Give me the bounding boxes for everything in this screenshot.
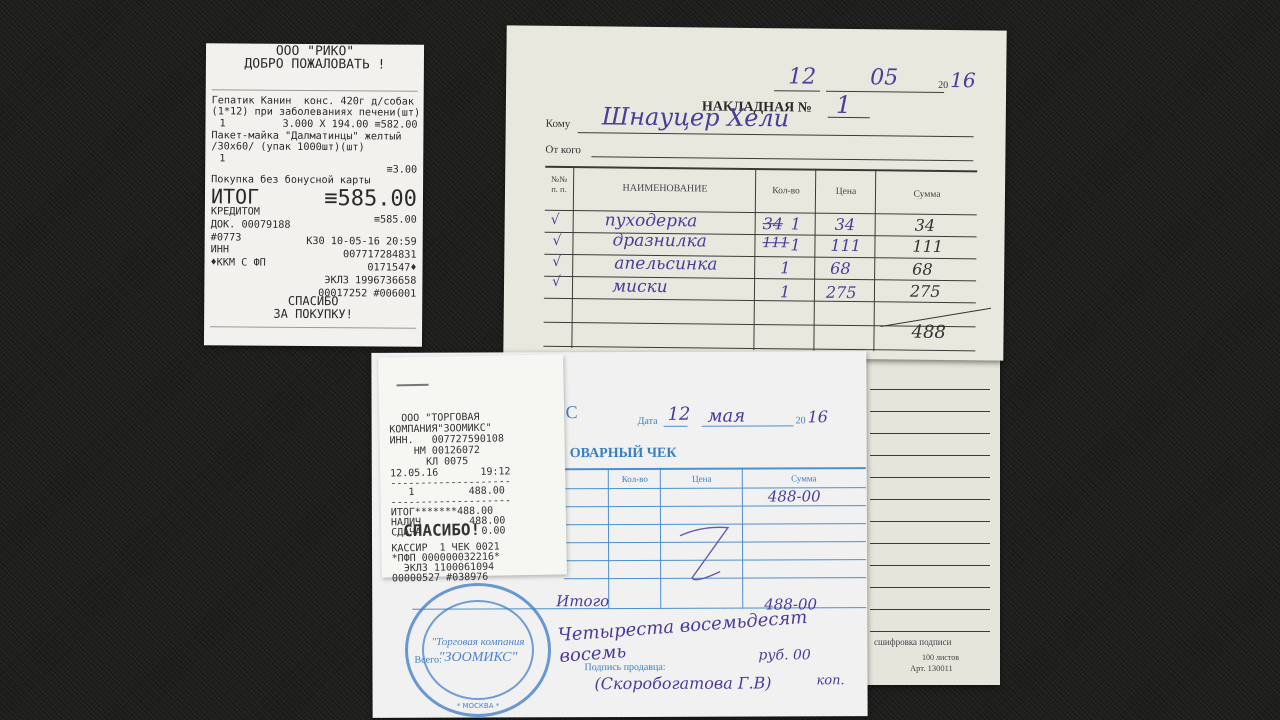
item-name: пуходерка bbox=[605, 210, 698, 231]
col-name: НАИМЕНОВАНИЕ bbox=[575, 182, 755, 195]
eklz: ЭКЛЗ 1996736658 bbox=[210, 274, 416, 287]
item-1-calc: 3.000 X 194.00 ≡582.00 bbox=[211, 118, 417, 131]
amount-words: Четыреста восемьдесят восемь bbox=[557, 602, 868, 667]
thanks-line2: ЗА ПОКУПКУ! bbox=[210, 308, 416, 321]
sum: 34 bbox=[915, 216, 936, 235]
col-price: Цена bbox=[662, 474, 742, 484]
check-mark: √ bbox=[552, 254, 561, 270]
table-row: √ пуходерка 34 1 34 34 bbox=[507, 25, 1007, 30]
total-label-hand: Итого bbox=[556, 592, 609, 610]
z-strike-mark bbox=[672, 522, 732, 592]
from-label: От кого bbox=[545, 144, 581, 156]
date-day: 12 bbox=[788, 64, 816, 89]
date-year-suffix: 16 bbox=[950, 68, 976, 92]
check-mark: √ bbox=[552, 274, 561, 290]
item-name: миски bbox=[612, 277, 668, 298]
date-year-prefix: 20 bbox=[796, 415, 806, 426]
nakladnaya-number: 1 bbox=[836, 91, 852, 119]
date-label: Дата bbox=[638, 416, 658, 427]
qty: 1 bbox=[791, 214, 801, 233]
total: 488 bbox=[911, 322, 946, 343]
price: 275 bbox=[826, 283, 857, 302]
qty-struck: 34 bbox=[763, 214, 784, 233]
stamp-line-2: "ЗООМИКС" bbox=[418, 650, 538, 666]
divider bbox=[210, 326, 416, 328]
check-mark: √ bbox=[551, 212, 560, 228]
row-sum: 488-00 bbox=[768, 487, 821, 505]
kkm-number: 0171547♦ bbox=[210, 261, 416, 274]
col-qty: Кол-во bbox=[757, 186, 815, 197]
table-row: √ апельсинка 1 68 68 bbox=[507, 25, 1007, 30]
stamp-line-1: "Торговая компания bbox=[418, 636, 538, 648]
divider bbox=[212, 89, 418, 91]
table-row: √ дразнилка 111 1 111 111 bbox=[507, 25, 1007, 30]
seller-sign-label: Подпись продавца: bbox=[584, 662, 665, 673]
item-1-name-line2: (1*12) при заболеваниях печени(шт) bbox=[212, 106, 418, 119]
staple bbox=[397, 384, 429, 387]
kop: коп. bbox=[816, 673, 844, 688]
sum: 111 bbox=[912, 237, 943, 256]
qty: 1 bbox=[780, 258, 790, 277]
article-number: Арт. 130011 bbox=[910, 663, 953, 673]
date-day: 12 bbox=[668, 404, 691, 425]
nakladnaya-form: 12 05 20 16 НАКЛАДНАЯ № 1 Кому Шнауцер Х… bbox=[503, 25, 1006, 360]
col-number: №№ п. п. bbox=[547, 174, 571, 194]
col-qty: Кол-во bbox=[610, 474, 660, 484]
sum: 68 bbox=[912, 260, 933, 279]
to-label: Кому bbox=[546, 118, 571, 130]
check-mark: √ bbox=[552, 233, 561, 249]
tovarny-chek-title: ОВАРНЫЙ ЧЕК bbox=[570, 446, 677, 462]
date-month: 05 bbox=[870, 65, 898, 90]
qty: 1 bbox=[780, 282, 790, 301]
date-month: мая bbox=[708, 406, 746, 427]
date-year-prefix: 20 bbox=[938, 80, 948, 91]
nakladnaya-lower-part: сшифровка подписи 100 листов Арт. 130011 bbox=[850, 355, 1000, 685]
date-year-suffix: 16 bbox=[808, 407, 828, 426]
col-sum: Сумма bbox=[877, 189, 977, 200]
item-2-name-line2: /30х60/ (упак 1000шт)(шт) bbox=[211, 141, 417, 154]
to-value: Шнауцер Хели bbox=[602, 102, 790, 132]
item-name: апельсинка bbox=[614, 254, 717, 275]
col-price: Цена bbox=[817, 187, 875, 198]
qty: 1 bbox=[790, 235, 800, 254]
receipt-zoomix: ООО "ТОРГОВАЯ КОМПАНИЯ"ЗООМИКС" ИНН. 007… bbox=[378, 354, 567, 577]
sum: 275 bbox=[910, 282, 941, 301]
table-row: √ миски 1 275 275 bbox=[507, 25, 1007, 30]
partial-letter: С bbox=[566, 402, 578, 423]
stamp-city: * МОСКВА * bbox=[408, 702, 548, 710]
price: 68 bbox=[830, 259, 851, 278]
sheets-count: 100 листов bbox=[922, 653, 959, 662]
receipt-riko: ООО "РИКО" ДОБРО ПОЖАЛОВАТЬ ! Гепатик Ка… bbox=[204, 43, 424, 347]
rub: руб. 00 bbox=[758, 647, 810, 663]
receipt-welcome: ДОБРО ПОЖАЛОВАТЬ ! bbox=[212, 58, 418, 71]
seller-name: (Скоробогатова Г.В) bbox=[594, 673, 771, 693]
company-stamp: "Торговая компания "ЗООМИКС" * МОСКВА * bbox=[405, 583, 551, 717]
doc-number: ДОК. 00079188 bbox=[211, 219, 417, 232]
col-sum: Сумма bbox=[744, 473, 864, 483]
price: 34 bbox=[835, 215, 856, 234]
signature-decode-label: сшифровка подписи bbox=[874, 637, 951, 647]
qty-struck: 111 bbox=[762, 235, 789, 251]
item-name: дразнилка bbox=[612, 231, 707, 252]
price: 111 bbox=[830, 236, 861, 255]
